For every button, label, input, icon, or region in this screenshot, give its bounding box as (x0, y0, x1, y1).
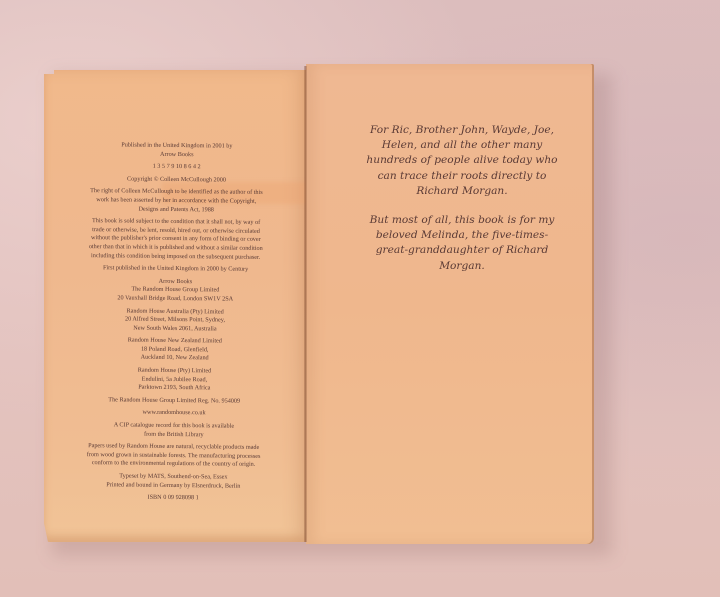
dedication-text: For Ric, Brother John, Wayde, Joe,Helen,… (336, 123, 588, 288)
imprint-paragraph: Typeset by MATS, Southend-on-Sea, EssexP… (48, 472, 298, 492)
imprint-paragraph: Papers used by Random House are natural,… (48, 442, 298, 470)
text-line: ISBN 0 09 928098 1 (48, 493, 298, 504)
imprint-paragraph: The Random House Group Limited Reg. No. … (49, 396, 299, 407)
text-line: www.randomhouse.co.uk (49, 408, 299, 419)
imprint-paragraph: www.randomhouse.co.uk (49, 408, 299, 419)
book-spine-gutter (304, 66, 307, 542)
text-line: Printed and bound in Germany by Elsnerdr… (48, 480, 298, 491)
text-line: hundreds of people alive today who (336, 153, 588, 168)
text-line: First published in the United Kingdom in… (51, 264, 301, 275)
imprint-paragraph: Copyright © Colleen McCullough 2000 (51, 174, 301, 185)
dedication-paragraph: But most of all, this book is for mybelo… (336, 213, 588, 274)
text-line: For Ric, Brother John, Wayde, Joe, (336, 123, 588, 138)
text-line: can trace their roots directly to (336, 169, 588, 184)
imprint-paragraph: Arrow BooksThe Random House Group Limite… (50, 276, 300, 304)
text-line: Copyright © Colleen McCullough 2000 (51, 174, 301, 185)
imprint-paragraph: Random House New Zealand Limited18 Polan… (50, 336, 300, 364)
dedication-paragraph: For Ric, Brother John, Wayde, Joe,Helen,… (336, 123, 588, 199)
text-line: The Random House Group Limited Reg. No. … (49, 396, 299, 407)
text-line: Parktown 2193, South Africa (49, 383, 299, 394)
text-line: Helen, and all the other many (336, 138, 588, 153)
imprint-paragraph: ISBN 0 09 928098 1 (48, 493, 298, 504)
imprint-paragraph: Random House (Pty) LimitedEndulini, 5a J… (49, 366, 299, 394)
text-line: including this condition being imposed o… (51, 251, 301, 262)
imprint-paragraph: 1 3 5 7 9 10 8 6 4 2 (52, 162, 302, 173)
imprint-paragraph: The right of Colleen McCullough to be id… (51, 187, 301, 215)
text-line: 20 Vauxhall Bridge Road, London SW1V 2SA (50, 294, 300, 305)
text-line: Arrow Books (52, 149, 302, 160)
text-line: great-granddaughter of Richard (336, 243, 588, 258)
text-line: Richard Morgan. (336, 184, 588, 199)
text-line: Morgan. (336, 259, 588, 274)
imprint-paragraph: A CIP catalogue record for this book is … (49, 421, 299, 441)
text-line: from the British Library (49, 429, 299, 440)
text-line: Auckland 10, New Zealand (50, 353, 300, 364)
text-line: 1 3 5 7 9 10 8 6 4 2 (52, 162, 302, 173)
copyright-imprint-text: Published in the United Kingdom in 2001 … (48, 141, 302, 508)
imprint-paragraph: First published in the United Kingdom in… (51, 264, 301, 275)
text-line: But most of all, this book is for my (336, 213, 588, 228)
imprint-paragraph: This book is sold subject to the conditi… (51, 217, 301, 263)
text-line: beloved Melinda, the five-times- (336, 228, 588, 243)
text-line: conform to the environmental regulations… (48, 459, 298, 470)
imprint-paragraph: Published in the United Kingdom in 2001 … (52, 141, 302, 161)
text-line: Designs and Patents Act, 1988 (51, 204, 301, 215)
text-line: New South Wales 2061, Australia (50, 323, 300, 334)
imprint-paragraph: Random House Australia (Pty) Limited20 A… (50, 306, 300, 334)
